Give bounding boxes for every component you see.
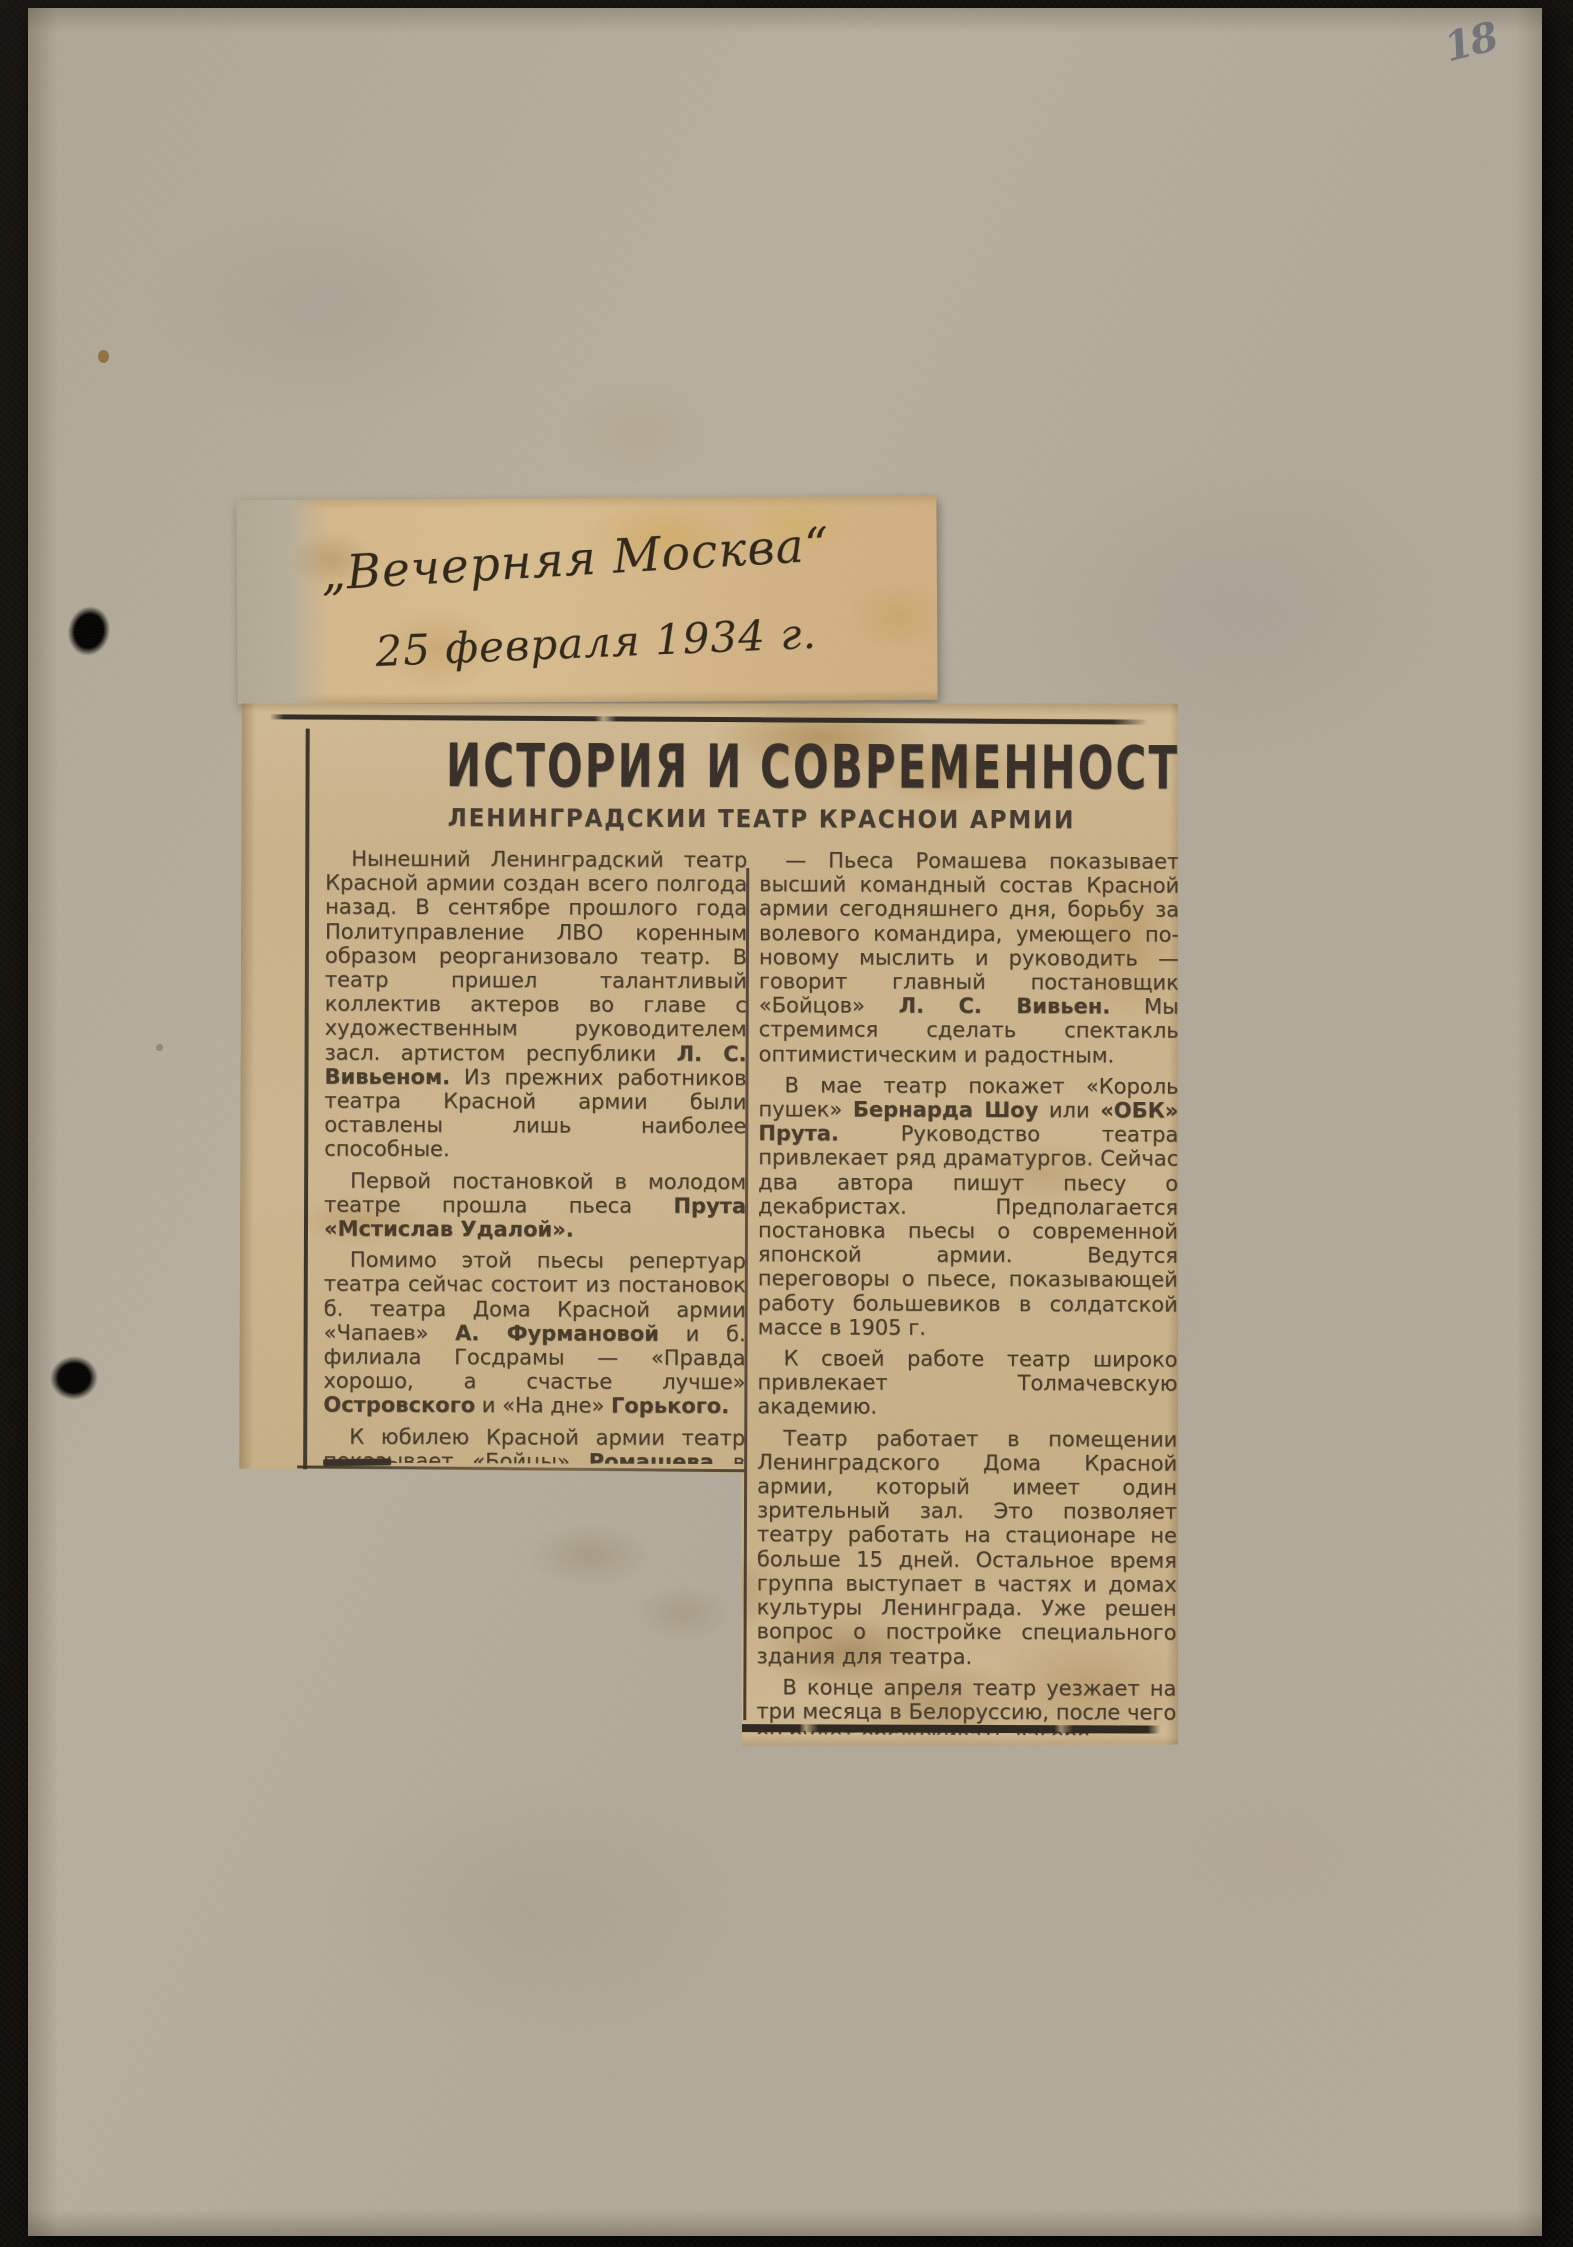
paper-speck [98, 350, 109, 363]
date-handwriting: 25 февраля 1934 г. [374, 609, 817, 676]
article-column-left: Нынешний Ленинградский театр Красной арм… [323, 847, 747, 1464]
article-title: ИСТОРИЯ И СОВРЕМЕННОСТЬ [281, 731, 1211, 804]
article-subtitle-text: ЛЕНИНГРАДСКИИ ТЕАТР КРАСНОИ АРМИИ [448, 803, 1076, 834]
article-paragraph: К своей работе театр широко привлекает Т… [757, 1346, 1177, 1420]
article-column-right: — Пьеса Ромашева показывает высший коман… [756, 848, 1179, 1735]
clipping-cut-edge [297, 1465, 744, 1472]
article-paragraph: — Пьеса Ромашева показывает высший коман… [759, 848, 1180, 1067]
punch-hole-bottom [48, 1354, 100, 1403]
article-paragraph: Первой постановкой в молодом театре прош… [324, 1168, 746, 1242]
article-subtitle: ЛЕНИНГРАДСКИИ ТЕАТР КРАСНОИ АРМИИ [301, 803, 1221, 835]
article-paragraph: В мае театр покажет «Король пушек» Берна… [758, 1073, 1179, 1341]
article-paragraph: Помимо этой пьесы репертуар театра сейча… [323, 1248, 746, 1419]
top-rule [270, 714, 1148, 724]
paper-speck [156, 1044, 163, 1051]
album-page: 18 „Вечерняя Москва“ 25 февраля 1934 г. … [28, 8, 1542, 2236]
newspaper-source-handwriting: „Вечерняя Москва“ [320, 517, 832, 602]
punch-hole-top [63, 602, 114, 660]
article-title-text: ИСТОРИЯ И СОВРЕМЕННОСТЬ [446, 731, 1214, 804]
handwritten-source-clipping: „Вечерняя Москва“ 25 февраля 1934 г. [236, 496, 937, 704]
bottom-rule [538, 1723, 1160, 1733]
left-column-rule [303, 729, 310, 1477]
article-paragraph: Нынешний Ленинградский театр Красной арм… [324, 847, 747, 1163]
page-number: 18 [1440, 4, 1539, 71]
article-paragraph: Театр работает в помещении Ленинградског… [756, 1426, 1177, 1669]
scan-background: 18 „Вечерняя Москва“ 25 февраля 1934 г. … [0, 0, 1573, 2247]
newspaper-clipping: ИСТОРИЯ И СОВРЕМЕННОСТЬ ЛЕНИНГРАДСКИИ ТЕ… [238, 700, 1182, 1747]
bottom-left-rule [323, 1458, 391, 1466]
